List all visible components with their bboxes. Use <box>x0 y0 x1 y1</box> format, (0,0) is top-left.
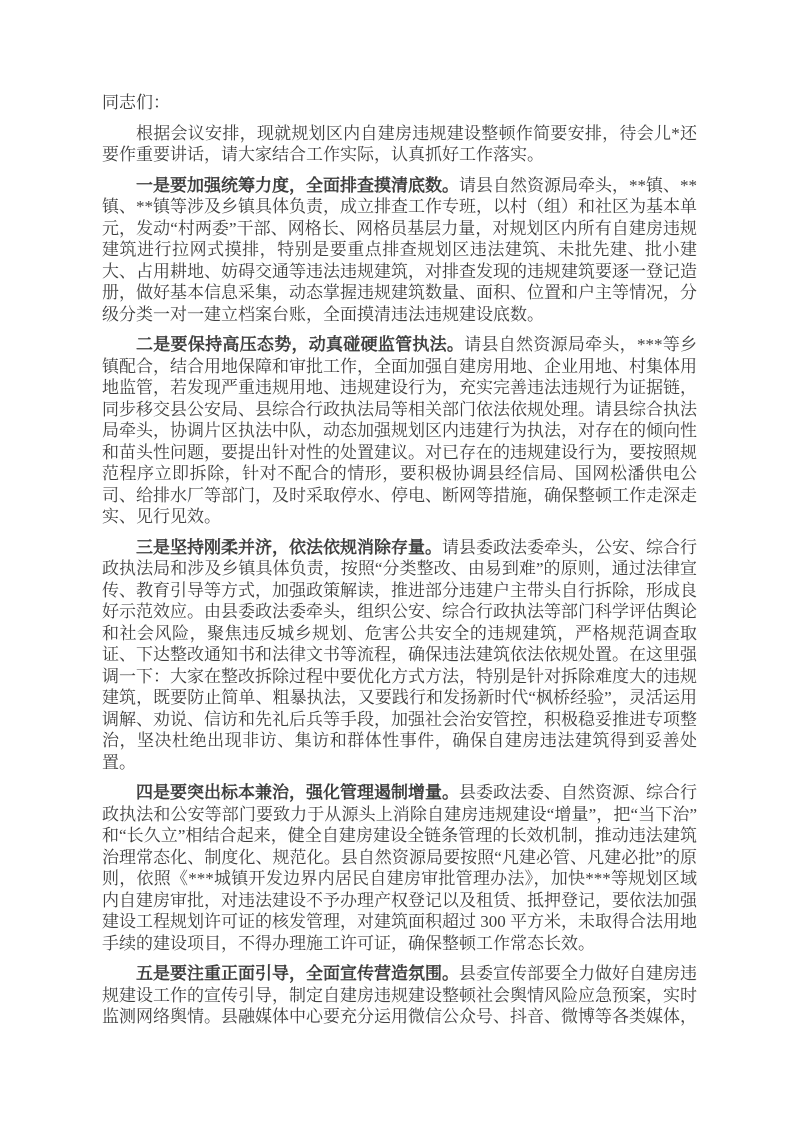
intro-text: 根据会议安排，现就规划区内自建房违规建设整顿作简要安排，待会儿*还要作重要讲话，… <box>102 124 697 165</box>
point-body-3: 请县委政法委牵头，公安、综合行政执法局和涉及乡镇具体负责，按照“分类整改、由易到… <box>102 538 697 772</box>
point-paragraph-5: 五是要注重正面引导，全面宣传营造氛围。县委宣传部要全力做好自建房违规建设工作的宣… <box>102 963 697 1028</box>
point-lead-1: 一是要加强统筹力度，全面排查摸清底数。 <box>136 176 459 195</box>
point-lead-3: 三是坚持刚柔并济，依法依规消除存量。 <box>136 538 442 557</box>
point-body-1: 请县自然资源局牵头，**镇、**镇、**镇等涉及乡镇具体负责，成立排查工作专班，… <box>102 176 697 324</box>
salutation-line: 同志们： <box>102 92 697 114</box>
point-body-2: 请县自然资源局牵头，***等乡镇配合，结合用地保障和审批工作，全面加强自建房用地… <box>102 335 697 526</box>
point-lead-4: 四是要突出标本兼治，强化管理遏制增量。 <box>136 783 459 802</box>
point-lead-5: 五是要注重正面引导，全面宣传营造氛围。 <box>136 964 459 983</box>
point-body-4: 县委政法委、自然资源、综合行政执法和公安等部门要致力于从源头上消除自建房违规建设… <box>102 783 697 953</box>
intro-paragraph: 根据会议安排，现就规划区内自建房违规建设整顿作简要安排，待会儿*还要作重要讲话，… <box>102 123 697 166</box>
document-page: 同志们： 根据会议安排，现就规划区内自建房违规建设整顿作简要安排，待会儿*还要作… <box>0 0 793 1122</box>
point-paragraph-3: 三是坚持刚柔并济，依法依规消除存量。请县委政法委牵头，公安、综合行政执法局和涉及… <box>102 537 697 774</box>
point-paragraph-2: 二是要保持高压态势，动真碰硬监管执法。请县自然资源局牵头，***等乡镇配合，结合… <box>102 334 697 528</box>
point-lead-2: 二是要保持高压态势，动真碰硬监管执法。 <box>136 335 464 354</box>
point-paragraph-4: 四是要突出标本兼治，强化管理遏制增量。县委政法委、自然资源、综合行政执法和公安等… <box>102 782 697 954</box>
point-paragraph-1: 一是要加强统筹力度，全面排查摸清底数。请县自然资源局牵头，**镇、**镇、**镇… <box>102 175 697 326</box>
